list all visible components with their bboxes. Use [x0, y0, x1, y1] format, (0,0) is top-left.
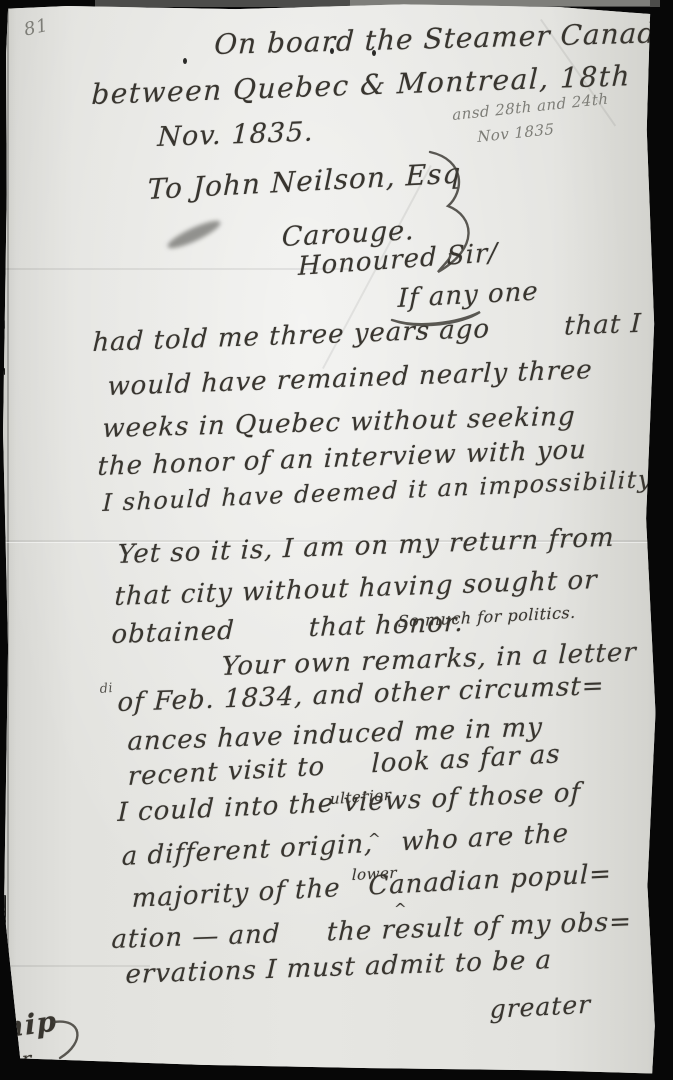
- edge-mark: [1, 58, 5, 66]
- dateline-date: Nov. 1835.: [157, 117, 314, 154]
- letter-line: had told me three years ago that I: [92, 309, 642, 358]
- edge-mark: [1, 320, 5, 329]
- letter-line: would have remained nearly three: [107, 355, 593, 402]
- margin-mark: di: [99, 681, 114, 697]
- edge-mark: [1, 545, 5, 553]
- letter-scan-photo: 81 On board the Steamer Canada, between …: [0, 0, 673, 1080]
- catchword-greater: greater: [489, 990, 591, 1024]
- paper-speck: [183, 58, 187, 64]
- docket-note-2: Nov 1835: [477, 120, 555, 146]
- dateline-place-1: On board the Steamer Canada,: [214, 16, 673, 61]
- edge-mark: [2, 712, 6, 720]
- edge-mark: [2, 225, 6, 232]
- fragment-flourish: [52, 1016, 86, 1060]
- archival-page-number: 81: [22, 15, 51, 41]
- edge-dark-blob: [0, 895, 6, 960]
- letter-line: of Feb. 1834, and other circumst=: [117, 671, 605, 718]
- letter-line: ation — and the result of my obs=: [111, 907, 632, 955]
- letter-line: Yet so it is, I am on my return from: [117, 523, 615, 570]
- cutoff-fragment: ir: [14, 1046, 32, 1072]
- edge-mark: [2, 368, 5, 375]
- ink-smudge: [165, 216, 223, 252]
- politics-aside: So much for politics.: [398, 603, 576, 631]
- letter-paper-sheet: 81 On board the Steamer Canada, between …: [0, 0, 673, 1080]
- paper-left-fold-line: [7, 8, 9, 1068]
- cutoff-fragment: ship: [0, 1004, 58, 1047]
